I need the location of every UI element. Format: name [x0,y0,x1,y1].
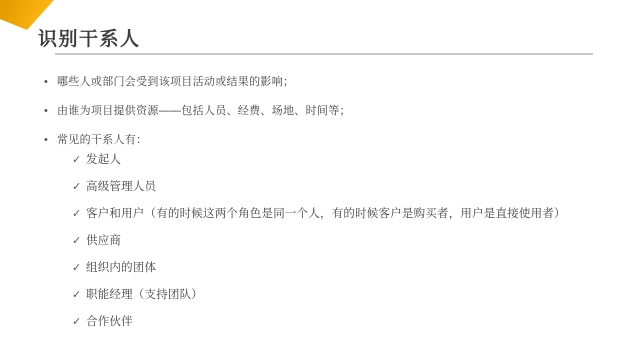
bullet-icon: • [44,104,57,118]
check-text: 高级管理人员 [86,180,156,194]
bullet-item: • 常见的干系人有： [44,133,604,147]
checkmark-icon: ✓ [72,288,86,302]
checkmark-icon: ✓ [72,207,86,221]
check-text: 合作伙伴 [86,315,133,329]
bullet-icon: • [44,133,57,147]
checkmark-icon: ✓ [72,180,86,194]
bullet-text: 由谁为项目提供资源——包括人员、经费、场地、时间等； [57,104,351,118]
bullet-item: • 哪些人或部门会受到该项目活动或结果的影响； [44,75,604,89]
bullet-item: • 由谁为项目提供资源——包括人员、经费、场地、时间等； [44,104,604,118]
check-text: 职能经理（支持团队） [86,288,203,302]
bullet-text: 哪些人或部门会受到该项目活动或结果的影响； [57,75,294,89]
check-item: ✓ 高级管理人员 [72,180,617,194]
stakeholder-check-list: ✓ 发起人 ✓ 高级管理人员 ✓ 客户和用户（有的时候这两个角色是同一个人，有的… [72,153,617,342]
check-item: ✓ 职能经理（支持团队） [72,288,617,302]
checkmark-icon: ✓ [72,261,86,275]
check-item: ✓ 合作伙伴 [72,315,617,329]
checkmark-icon: ✓ [72,234,86,248]
check-text: 客户和用户（有的时候这两个角色是同一个人，有的时候客户是购买者，用户是直接使用者… [86,207,566,221]
checkmark-icon: ✓ [72,153,86,167]
check-text: 组织内的团体 [86,261,156,275]
check-item: ✓ 组织内的团体 [72,261,617,275]
check-text: 发起人 [86,153,121,167]
bullet-list: • 哪些人或部门会受到该项目活动或结果的影响； • 由谁为项目提供资源——包括人… [44,75,604,162]
bullet-text: 常见的干系人有： [57,133,147,147]
title-divider [55,53,593,55]
check-item: ✓ 供应商 [72,234,617,248]
checkmark-icon: ✓ [72,315,86,329]
check-text: 供应商 [86,234,121,248]
check-item: ✓ 发起人 [72,153,617,167]
bullet-icon: • [44,75,57,89]
check-item: ✓ 客户和用户（有的时候这两个角色是同一个人，有的时候客户是购买者，用户是直接使… [72,207,617,221]
page-title: 识别干系人 [38,24,141,51]
presentation-slide: 识别干系人 • 哪些人或部门会受到该项目活动或结果的影响； • 由谁为项目提供资… [0,0,640,360]
